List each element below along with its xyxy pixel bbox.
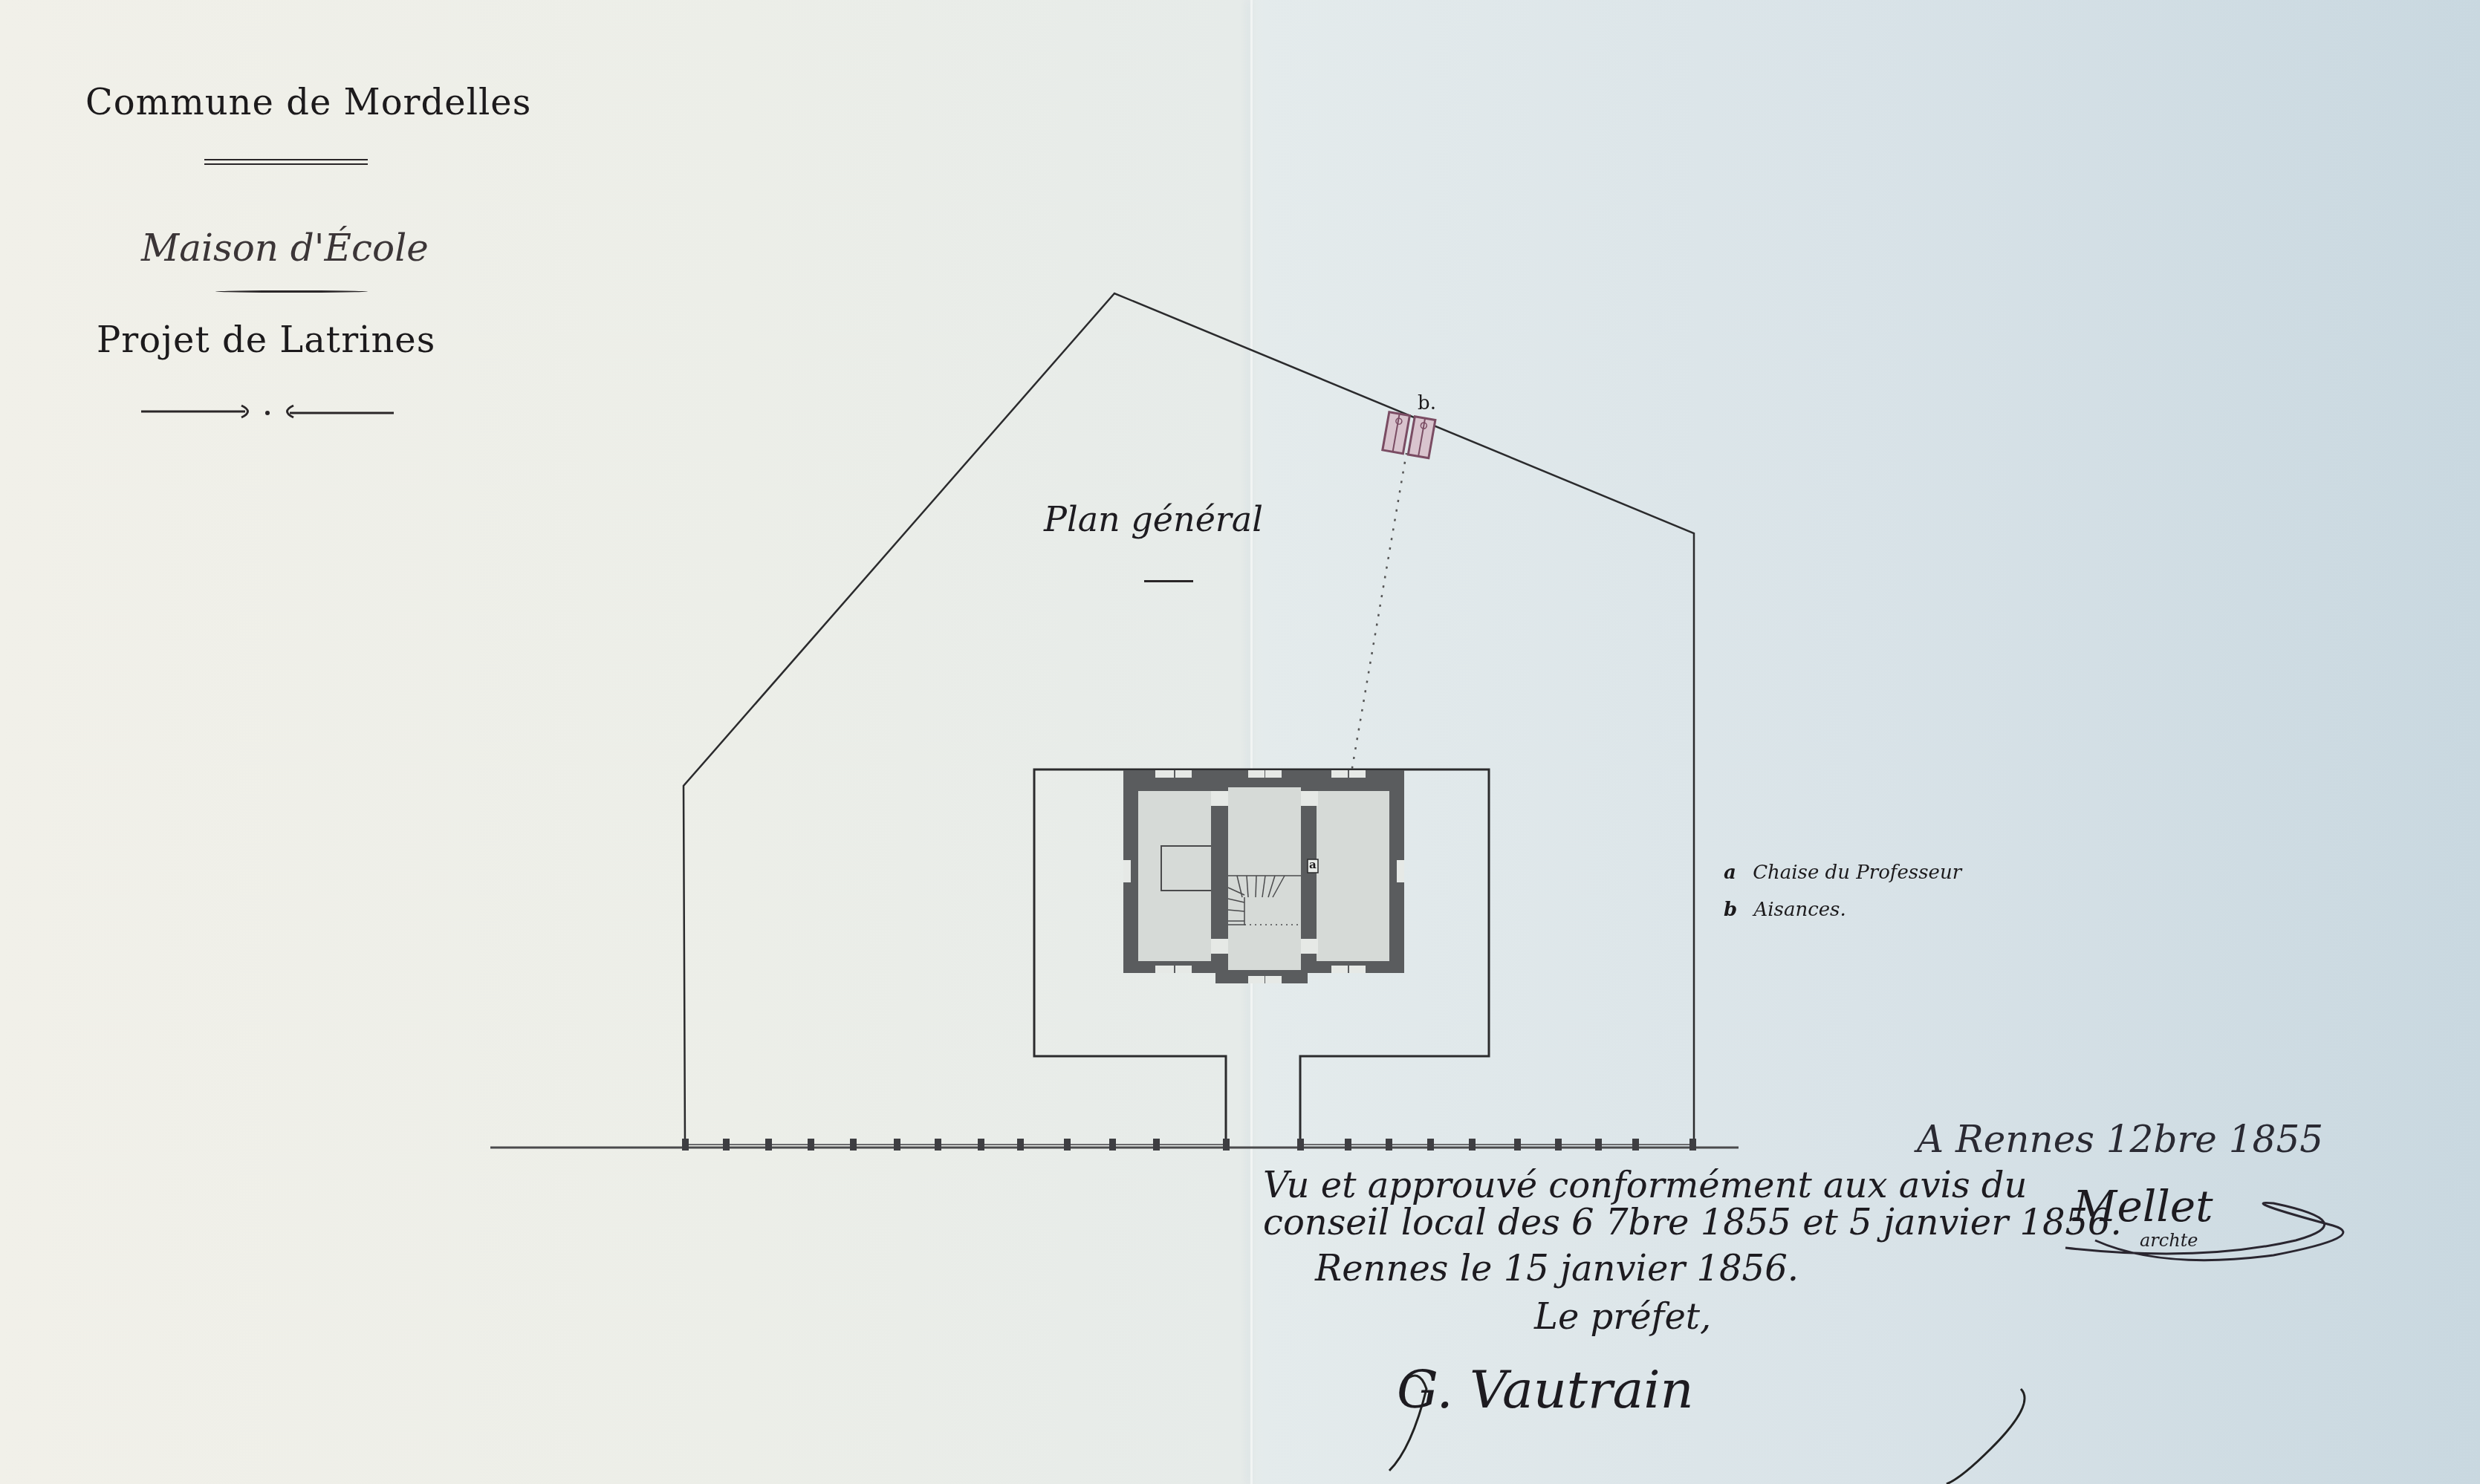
legend-key: b bbox=[1724, 899, 1737, 921]
plan-title-rule bbox=[1144, 580, 1193, 582]
plan-sheet: Commune de Mordelles Maison d'École Proj… bbox=[0, 0, 2480, 1484]
approval-line-2: conseil local des 6 7bre 1855 et 5 janvi… bbox=[1263, 1202, 2122, 1243]
legend-item-a: a Chaise du Professeur bbox=[1724, 862, 1961, 884]
legend-label: Aisances. bbox=[1753, 899, 1846, 921]
architect-role: archte bbox=[2140, 1230, 2198, 1251]
latrine-block-b bbox=[1383, 412, 1435, 458]
legend-label: Chaise du Professeur bbox=[1753, 862, 1961, 884]
plan-title: Plan général bbox=[1044, 499, 1263, 539]
legend-item-b: b Aisances. bbox=[1724, 899, 1846, 921]
architect-date-line: A Rennes 12bre 1855 bbox=[1917, 1118, 2323, 1161]
legend-key: a bbox=[1724, 862, 1736, 884]
chaise-marker-label: a bbox=[1309, 858, 1317, 871]
latrine-marker-label: b. bbox=[1418, 392, 1436, 414]
approval-line-3: Rennes le 15 janvier 1856. bbox=[1315, 1248, 1799, 1289]
prefect-name: G. Vautrain bbox=[1397, 1359, 1694, 1420]
plot-boundary bbox=[684, 293, 1694, 1148]
approval-line-4: Le préfet, bbox=[1534, 1296, 1711, 1338]
approval-line-1: Vu et approuvé conformément aux avis du bbox=[1263, 1165, 2027, 1206]
school-house-floorplan bbox=[1123, 770, 1404, 983]
prefect-signature: G. Vautrain bbox=[1382, 1337, 2051, 1484]
